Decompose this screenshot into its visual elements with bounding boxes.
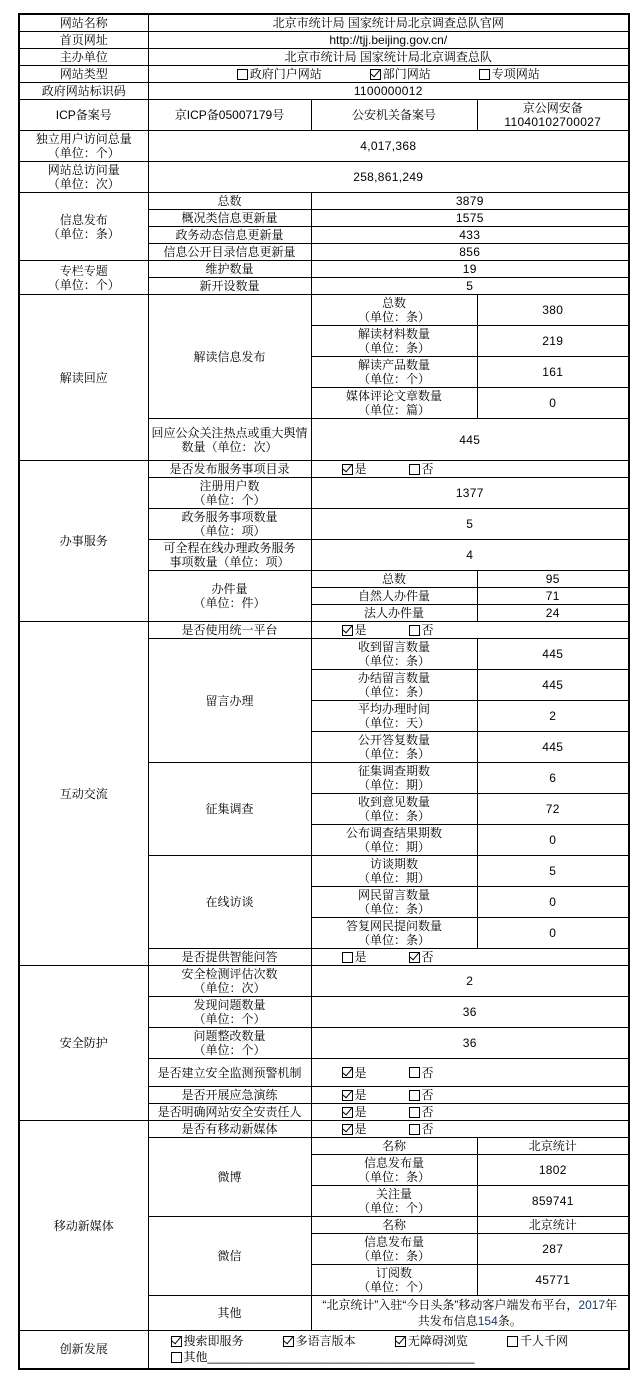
innovation-other-blank-line: ________________________________________ bbox=[208, 1350, 475, 1364]
innovation-section-label: 创新发展 bbox=[19, 1331, 148, 1369]
personalized-label: 千人千网 bbox=[520, 1334, 568, 1348]
interviews-periods-line1: 访谈期数 bbox=[314, 857, 475, 871]
interpretation-total-line2: （单位：条） bbox=[314, 310, 475, 324]
surveys-periods-line1: 征集调查期数 bbox=[314, 764, 475, 778]
portal-site-label: 政府门户网站 bbox=[250, 67, 322, 81]
special-topics-new-value: 5 bbox=[311, 278, 629, 295]
info-release-dynamics-label: 政务动态信息更新量 bbox=[148, 227, 311, 244]
messages-closed-label: 办结留言数量 （单位：条） bbox=[311, 670, 477, 701]
surveys-results-line2: （单位：期） bbox=[314, 840, 475, 854]
info-release-overview-label: 概况类信息更新量 bbox=[148, 210, 311, 227]
row-has-mobile-media: 移动新媒体 是否有移动新媒体 是 否 bbox=[19, 1121, 629, 1138]
security-responsible-yes-label: 是 bbox=[355, 1105, 367, 1119]
messages-received-line2: （单位：条） bbox=[314, 654, 475, 668]
security-responsible-yes-checkbox-icon[interactable] bbox=[342, 1107, 353, 1118]
services-catalog-label: 是否发布服务事项目录 bbox=[148, 461, 311, 478]
interpretation-products-label: 解读产品数量 （单位：个） bbox=[311, 357, 477, 388]
info-release-catalog-value: 856 bbox=[311, 244, 629, 261]
security-drill-yes: 是 bbox=[342, 1088, 367, 1102]
police-record-line1: 京公网安备 bbox=[480, 101, 627, 115]
wechat-subscribers-value: 45771 bbox=[477, 1265, 629, 1296]
wechat-posts-label: 信息发布量 （单位：条） bbox=[311, 1234, 477, 1265]
info-release-total-label: 总数 bbox=[148, 193, 311, 210]
cases-total-value: 95 bbox=[477, 571, 629, 588]
site-type-options: 政府门户网站 部门网站 专项网站 bbox=[148, 66, 629, 83]
interviews-periods-line2: （单位：期） bbox=[314, 871, 475, 885]
security-assessments-label: 安全检测评估次数 （单位：次） bbox=[148, 966, 311, 997]
row-site-type: 网站类型 政府门户网站 部门网站 专项网站 bbox=[19, 66, 629, 83]
row-unified-platform: 互动交流 是否使用统一平台 是 否 bbox=[19, 622, 629, 639]
services-catalog-no: 否 bbox=[409, 462, 434, 476]
interviews-messages-line1: 网民留言数量 bbox=[314, 888, 475, 902]
police-record-label: 公安机关备案号 bbox=[311, 100, 477, 131]
surveys-results-label: 公布调查结果期数 （单位：期） bbox=[311, 825, 477, 856]
wechat-subscribers-label: 订阅数 （单位：个） bbox=[311, 1265, 477, 1296]
row-innovation: 创新发展 搜索即服务 多语言版本 无障碍浏览 千人千网 其他 _________… bbox=[19, 1331, 629, 1369]
security-assessments-value: 2 bbox=[311, 966, 629, 997]
surveys-group-label: 征集调查 bbox=[148, 763, 311, 856]
accessibility-checkbox-icon[interactable] bbox=[395, 1336, 406, 1347]
security-drill-yes-label: 是 bbox=[355, 1088, 367, 1102]
messages-avg-time-line1: 平均办理时间 bbox=[314, 702, 475, 716]
interpretation-response-value: 445 bbox=[311, 419, 629, 461]
wechat-subscribers-line1: 订阅数 bbox=[314, 1266, 475, 1280]
surveys-periods-label: 征集调查期数 （单位：期） bbox=[311, 763, 477, 794]
security-responsible-yes: 是 bbox=[342, 1105, 367, 1119]
has-mobile-media-yes-label: 是 bbox=[355, 1122, 367, 1136]
registered-users-label: 注册用户数 （单位：个） bbox=[148, 478, 311, 509]
security-warning-yes-checkbox-icon[interactable] bbox=[342, 1067, 353, 1078]
interviews-replies-line2: （单位：条） bbox=[314, 933, 475, 947]
cases-legal-label: 法人办件量 bbox=[311, 605, 477, 622]
online-service-items-value: 4 bbox=[311, 540, 629, 571]
report-page: 网站名称 北京市统计局 国家统计局北京调查总队官网 首页网址 http://tj… bbox=[0, 0, 642, 1389]
smart-qa-no-checkbox-icon[interactable] bbox=[409, 952, 420, 963]
unique-visitors-value: 4,017,368 bbox=[148, 131, 629, 162]
interviews-replies-line1: 答复网民提问数量 bbox=[314, 919, 475, 933]
services-section-label: 办事服务 bbox=[19, 461, 148, 622]
wechat-group-label: 微信 bbox=[148, 1217, 311, 1296]
registered-users-line2: （单位：个） bbox=[151, 493, 309, 507]
surveys-opinions-line1: 收到意见数量 bbox=[314, 795, 475, 809]
row-organizer: 主办单位 北京市统计局 国家统计局北京调查总队 bbox=[19, 49, 629, 66]
surveys-results-line1: 公布调查结果期数 bbox=[314, 826, 475, 840]
interpretation-materials-label: 解读材料数量 （单位：条） bbox=[311, 326, 477, 357]
unified-platform-yes: 是 bbox=[342, 623, 367, 637]
interviews-periods-value: 5 bbox=[477, 856, 629, 887]
website-annual-report-table: 网站名称 北京市统计局 国家统计局北京调查总队官网 首页网址 http://tj… bbox=[18, 13, 630, 1370]
search-as-service-checkbox-icon[interactable] bbox=[171, 1336, 182, 1347]
wechat-posts-line1: 信息发布量 bbox=[314, 1235, 475, 1249]
interpretation-products-value: 161 bbox=[477, 357, 629, 388]
homepage-label: 首页网址 bbox=[19, 32, 148, 49]
security-drill-value: 是 否 bbox=[311, 1087, 629, 1104]
messages-public-replies-line1: 公开答复数量 bbox=[314, 733, 475, 747]
mobile-other-count-highlight: 154 bbox=[478, 1314, 498, 1328]
surveys-periods-line2: （单位：期） bbox=[314, 778, 475, 792]
weibo-name-label: 名称 bbox=[311, 1138, 477, 1155]
security-warning-no-label: 否 bbox=[422, 1066, 434, 1080]
weibo-followers-line2: （单位：个） bbox=[314, 1201, 475, 1215]
messages-received-line1: 收到留言数量 bbox=[314, 640, 475, 654]
row-icp: ICP备案号 京ICP备05007179号 公安机关备案号 京公网安备 1104… bbox=[19, 100, 629, 131]
interpretation-response-label: 回应公众关注热点或重大舆情数量（单位：次） bbox=[148, 419, 311, 461]
row-interpretation-total: 解读回应 解读信息发布 总数 （单位：条） 380 bbox=[19, 295, 629, 326]
row-security-assessments: 安全防护 安全检测评估次数 （单位：次） 2 bbox=[19, 966, 629, 997]
services-catalog-no-checkbox-icon[interactable] bbox=[409, 464, 420, 475]
site-code-label: 政府网站标识码 bbox=[19, 83, 148, 100]
special-site-label: 专项网站 bbox=[492, 67, 540, 81]
messages-closed-line1: 办结留言数量 bbox=[314, 671, 475, 685]
registered-users-value: 1377 bbox=[311, 478, 629, 509]
mobile-other-value: “北京统计”入驻“今日头条”移动客户端发布平台，2017年共发布信息154条。 bbox=[311, 1296, 629, 1331]
weibo-followers-label: 关注量 （单位：个） bbox=[311, 1186, 477, 1217]
security-assessments-line1: 安全检测评估次数 bbox=[151, 967, 309, 981]
has-mobile-media-yes: 是 bbox=[342, 1122, 367, 1136]
security-problems-fixed-line2: （单位：个） bbox=[151, 1043, 309, 1057]
site-name-label: 网站名称 bbox=[19, 14, 148, 32]
smart-qa-no-label: 否 bbox=[422, 950, 434, 964]
total-visits-label: 网站总访问量 （单位：次） bbox=[19, 162, 148, 193]
security-warning-no-checkbox-icon[interactable] bbox=[409, 1067, 420, 1078]
wechat-posts-value: 287 bbox=[477, 1234, 629, 1265]
messages-public-replies-line2: （单位：条） bbox=[314, 747, 475, 761]
security-responsible-no: 否 bbox=[409, 1105, 434, 1119]
row-site-name: 网站名称 北京市统计局 国家统计局北京调查总队官网 bbox=[19, 14, 629, 32]
security-warning-mechanism-label: 是否建立安全监测预警机制 bbox=[148, 1059, 311, 1087]
site-type-label: 网站类型 bbox=[19, 66, 148, 83]
security-drill-no: 否 bbox=[409, 1088, 434, 1102]
security-problems-found-label: 发现问题数量 （单位：个） bbox=[148, 997, 311, 1028]
security-warning-mechanism-value: 是 否 bbox=[311, 1059, 629, 1087]
site-type-option-portal: 政府门户网站 bbox=[237, 67, 322, 81]
info-release-total-value: 3879 bbox=[311, 193, 629, 210]
interpretation-products-line1: 解读产品数量 bbox=[314, 358, 475, 372]
messages-closed-value: 445 bbox=[477, 670, 629, 701]
icp-value: 京ICP备05007179号 bbox=[148, 100, 311, 131]
unified-platform-label: 是否使用统一平台 bbox=[148, 622, 311, 639]
cases-label-line2: （单位：件） bbox=[151, 596, 309, 610]
police-record-line2: 11040102700027 bbox=[480, 115, 627, 129]
mobile-other-text-part3: 条。 bbox=[498, 1314, 522, 1328]
interaction-section-label: 互动交流 bbox=[19, 622, 148, 966]
accessibility-label: 无障碍浏览 bbox=[408, 1334, 468, 1348]
security-assessments-line2: （单位：次） bbox=[151, 981, 309, 995]
police-record-value: 京公网安备 11040102700027 bbox=[477, 100, 629, 131]
site-type-option-special: 专项网站 bbox=[479, 67, 540, 81]
interpretation-section-label: 解读回应 bbox=[19, 295, 148, 461]
interpretation-total-label: 总数 （单位：条） bbox=[311, 295, 477, 326]
unique-visitors-label-line2: （单位：个） bbox=[22, 146, 146, 160]
messages-received-label: 收到留言数量 （单位：条） bbox=[311, 639, 477, 670]
security-drill-no-checkbox-icon[interactable] bbox=[409, 1090, 420, 1101]
mobile-media-section-label: 移动新媒体 bbox=[19, 1121, 148, 1331]
mobile-other-label: 其他 bbox=[148, 1296, 311, 1331]
unified-platform-no: 否 bbox=[409, 623, 434, 637]
interpretation-total-value: 380 bbox=[477, 295, 629, 326]
smart-qa-no: 否 bbox=[409, 950, 434, 964]
interviews-messages-value: 0 bbox=[477, 887, 629, 918]
portal-site-checkbox-icon[interactable] bbox=[237, 69, 248, 80]
row-info-release-total: 信息发布 （单位：条） 总数 3879 bbox=[19, 193, 629, 210]
department-site-checkbox-icon[interactable] bbox=[370, 69, 381, 80]
wechat-posts-line2: （单位：条） bbox=[314, 1249, 475, 1263]
info-release-catalog-label: 信息公开目录信息更新量 bbox=[148, 244, 311, 261]
special-topics-new-label: 新开设数量 bbox=[148, 278, 311, 295]
services-catalog-yes: 是 bbox=[342, 462, 367, 476]
organizer-value: 北京市统计局 国家统计局北京调查总队 bbox=[148, 49, 629, 66]
cases-total-label: 总数 bbox=[311, 571, 477, 588]
interpretation-materials-value: 219 bbox=[477, 326, 629, 357]
unique-visitors-label: 独立用户访问总量 （单位：个） bbox=[19, 131, 148, 162]
innovation-other-checkbox-icon[interactable] bbox=[171, 1352, 182, 1363]
site-code-value: 1100000012 bbox=[148, 83, 629, 100]
personalized-checkbox-icon[interactable] bbox=[507, 1336, 518, 1347]
info-release-label-line1: 信息发布 bbox=[22, 213, 146, 227]
unified-platform-no-checkbox-icon[interactable] bbox=[409, 625, 420, 636]
info-release-label-line2: （单位：条） bbox=[22, 227, 146, 241]
smart-qa-value: 是 否 bbox=[311, 949, 629, 966]
innovation-option-other: 其他 bbox=[171, 1350, 208, 1364]
security-responsible-no-label: 否 bbox=[422, 1105, 434, 1119]
weibo-name-value: 北京统计 bbox=[477, 1138, 629, 1155]
homepage-url: http://tjj.beijing.gov.cn/ bbox=[148, 32, 629, 49]
icp-label: ICP备案号 bbox=[19, 100, 148, 131]
interpretation-media-label: 媒体评论文章数量 （单位：篇） bbox=[311, 388, 477, 419]
security-responsible-value: 是 否 bbox=[311, 1104, 629, 1121]
special-topics-maintained-value: 19 bbox=[311, 261, 629, 278]
messages-avg-time-line2: （单位：天） bbox=[314, 716, 475, 730]
has-mobile-media-yes-checkbox-icon[interactable] bbox=[342, 1124, 353, 1135]
special-topics-label-line1: 专栏专题 bbox=[22, 264, 146, 278]
wechat-subscribers-line2: （单位：个） bbox=[314, 1280, 475, 1294]
security-warning-no: 否 bbox=[409, 1066, 434, 1080]
info-release-overview-value: 1575 bbox=[311, 210, 629, 227]
interpretation-media-value: 0 bbox=[477, 388, 629, 419]
row-homepage: 首页网址 http://tjj.beijing.gov.cn/ bbox=[19, 32, 629, 49]
organizer-label: 主办单位 bbox=[19, 49, 148, 66]
messages-group-label: 留言办理 bbox=[148, 639, 311, 763]
department-site-label: 部门网站 bbox=[383, 67, 431, 81]
cases-legal-value: 24 bbox=[477, 605, 629, 622]
security-responsible-no-checkbox-icon[interactable] bbox=[409, 1107, 420, 1118]
has-mobile-media-no: 否 bbox=[409, 1122, 434, 1136]
weibo-posts-line2: （单位：条） bbox=[314, 1170, 475, 1184]
multilang-label: 多语言版本 bbox=[296, 1334, 356, 1348]
info-release-dynamics-value: 433 bbox=[311, 227, 629, 244]
interviews-group-label: 在线访谈 bbox=[148, 856, 311, 949]
smart-qa-yes-label: 是 bbox=[355, 950, 367, 964]
weibo-group-label: 微博 bbox=[148, 1138, 311, 1217]
innovation-option-accessibility: 无障碍浏览 bbox=[395, 1334, 468, 1348]
service-items-line2: （单位：项） bbox=[151, 524, 309, 538]
smart-qa-label: 是否提供智能问答 bbox=[148, 949, 311, 966]
unified-platform-value: 是 否 bbox=[311, 622, 629, 639]
info-release-section-label: 信息发布 （单位：条） bbox=[19, 193, 148, 261]
interpretation-materials-line1: 解读材料数量 bbox=[314, 327, 475, 341]
row-special-topics-maintained: 专栏专题 （单位：个） 维护数量 19 bbox=[19, 261, 629, 278]
surveys-opinions-line2: （单位：条） bbox=[314, 809, 475, 823]
weibo-posts-value: 1802 bbox=[477, 1155, 629, 1186]
service-items-value: 5 bbox=[311, 509, 629, 540]
security-problems-fixed-value: 36 bbox=[311, 1028, 629, 1059]
security-problems-found-line1: 发现问题数量 bbox=[151, 998, 309, 1012]
security-drill-yes-checkbox-icon[interactable] bbox=[342, 1090, 353, 1101]
row-site-code: 政府网站标识码 1100000012 bbox=[19, 83, 629, 100]
interpretation-release-group-label: 解读信息发布 bbox=[148, 295, 311, 419]
row-unique-visitors: 独立用户访问总量 （单位：个） 4,017,368 bbox=[19, 131, 629, 162]
messages-public-replies-value: 445 bbox=[477, 732, 629, 763]
security-drill-label: 是否开展应急演练 bbox=[148, 1087, 311, 1104]
messages-closed-line2: （单位：条） bbox=[314, 685, 475, 699]
innovation-options-cell: 搜索即服务 多语言版本 无障碍浏览 千人千网 其他 ______________… bbox=[148, 1331, 629, 1369]
services-catalog-no-label: 否 bbox=[422, 462, 434, 476]
messages-avg-time-label: 平均办理时间 （单位：天） bbox=[311, 701, 477, 732]
service-items-label: 政务服务事项数量 （单位：项） bbox=[148, 509, 311, 540]
service-items-line1: 政务服务事项数量 bbox=[151, 510, 309, 524]
interviews-replies-label: 答复网民提问数量 （单位：条） bbox=[311, 918, 477, 949]
mobile-other-text-part1: “北京统计”入驻“今日头条”移动客户端发布平台， bbox=[322, 1298, 578, 1312]
security-drill-no-label: 否 bbox=[422, 1088, 434, 1102]
cases-natural-label: 自然人办件量 bbox=[311, 588, 477, 605]
unified-platform-no-label: 否 bbox=[422, 623, 434, 637]
interviews-replies-value: 0 bbox=[477, 918, 629, 949]
search-as-service-label: 搜索即服务 bbox=[184, 1334, 244, 1348]
security-warning-yes: 是 bbox=[342, 1066, 367, 1080]
total-visits-label-line1: 网站总访问量 bbox=[22, 163, 146, 177]
total-visits-label-line2: （单位：次） bbox=[22, 177, 146, 191]
messages-received-value: 445 bbox=[477, 639, 629, 670]
cases-label-line1: 办件量 bbox=[151, 582, 309, 596]
messages-avg-time-value: 2 bbox=[477, 701, 629, 732]
services-catalog-value: 是 否 bbox=[311, 461, 629, 478]
online-service-items-line1: 可全程在线办理政务服务 bbox=[151, 541, 309, 555]
interpretation-materials-line2: （单位：条） bbox=[314, 341, 475, 355]
interpretation-media-line1: 媒体评论文章数量 bbox=[314, 389, 475, 403]
security-problems-fixed-line1: 问题整改数量 bbox=[151, 1029, 309, 1043]
weibo-followers-line1: 关注量 bbox=[314, 1187, 475, 1201]
surveys-periods-value: 6 bbox=[477, 763, 629, 794]
has-mobile-media-no-checkbox-icon[interactable] bbox=[409, 1124, 420, 1135]
messages-public-replies-label: 公开答复数量 （单位：条） bbox=[311, 732, 477, 763]
smart-qa-yes: 是 bbox=[342, 950, 367, 964]
interpretation-total-line1: 总数 bbox=[314, 296, 475, 310]
weibo-posts-label: 信息发布量 （单位：条） bbox=[311, 1155, 477, 1186]
surveys-results-value: 0 bbox=[477, 825, 629, 856]
row-services-catalog: 办事服务 是否发布服务事项目录 是 否 bbox=[19, 461, 629, 478]
special-site-checkbox-icon[interactable] bbox=[479, 69, 490, 80]
special-topics-label-line2: （单位：个） bbox=[22, 278, 146, 292]
smart-qa-yes-checkbox-icon[interactable] bbox=[342, 952, 353, 963]
has-mobile-media-label: 是否有移动新媒体 bbox=[148, 1121, 311, 1138]
surveys-opinions-value: 72 bbox=[477, 794, 629, 825]
security-problems-found-value: 36 bbox=[311, 997, 629, 1028]
security-responsible-label: 是否明确网站安全安责任人 bbox=[148, 1104, 311, 1121]
has-mobile-media-no-label: 否 bbox=[422, 1122, 434, 1136]
unified-platform-yes-label: 是 bbox=[355, 623, 367, 637]
mobile-other-year-highlight: 2017 bbox=[578, 1298, 605, 1312]
interviews-messages-label: 网民留言数量 （单位：条） bbox=[311, 887, 477, 918]
site-type-option-department: 部门网站 bbox=[370, 67, 431, 81]
wechat-name-value: 北京统计 bbox=[477, 1217, 629, 1234]
innovation-option-personalized: 千人千网 bbox=[507, 1334, 568, 1348]
interviews-messages-line2: （单位：条） bbox=[314, 902, 475, 916]
special-topics-maintained-label: 维护数量 bbox=[148, 261, 311, 278]
unique-visitors-label-line1: 独立用户访问总量 bbox=[22, 132, 146, 146]
registered-users-line1: 注册用户数 bbox=[151, 479, 309, 493]
interviews-periods-label: 访谈期数 （单位：期） bbox=[311, 856, 477, 887]
weibo-posts-line1: 信息发布量 bbox=[314, 1156, 475, 1170]
interpretation-media-line2: （单位：篇） bbox=[314, 403, 475, 417]
total-visits-value: 258,861,249 bbox=[148, 162, 629, 193]
online-service-items-label: 可全程在线办理政务服务 事项数量（单位：项） bbox=[148, 540, 311, 571]
has-mobile-media-value: 是 否 bbox=[311, 1121, 629, 1138]
surveys-opinions-label: 收到意见数量 （单位：条） bbox=[311, 794, 477, 825]
security-problems-found-line2: （单位：个） bbox=[151, 1012, 309, 1026]
services-catalog-yes-label: 是 bbox=[355, 462, 367, 476]
interpretation-products-line2: （单位：个） bbox=[314, 372, 475, 386]
security-section-label: 安全防护 bbox=[19, 966, 148, 1121]
innovation-other-label: 其他 bbox=[184, 1350, 208, 1364]
special-topics-section-label: 专栏专题 （单位：个） bbox=[19, 261, 148, 295]
services-catalog-yes-checkbox-icon[interactable] bbox=[342, 464, 353, 475]
row-total-visits: 网站总访问量 （单位：次） 258,861,249 bbox=[19, 162, 629, 193]
cases-natural-value: 71 bbox=[477, 588, 629, 605]
wechat-name-label: 名称 bbox=[311, 1217, 477, 1234]
innovation-option-search: 搜索即服务 bbox=[171, 1334, 244, 1348]
security-problems-fixed-label: 问题整改数量 （单位：个） bbox=[148, 1028, 311, 1059]
innovation-option-multilang: 多语言版本 bbox=[283, 1334, 356, 1348]
site-name-value: 北京市统计局 国家统计局北京调查总队官网 bbox=[148, 14, 629, 32]
weibo-followers-value: 859741 bbox=[477, 1186, 629, 1217]
online-service-items-line2: 事项数量（单位：项） bbox=[151, 555, 309, 569]
cases-group-label: 办件量 （单位：件） bbox=[148, 571, 311, 622]
unified-platform-yes-checkbox-icon[interactable] bbox=[342, 625, 353, 636]
security-warning-yes-label: 是 bbox=[355, 1066, 367, 1080]
multilang-checkbox-icon[interactable] bbox=[283, 1336, 294, 1347]
